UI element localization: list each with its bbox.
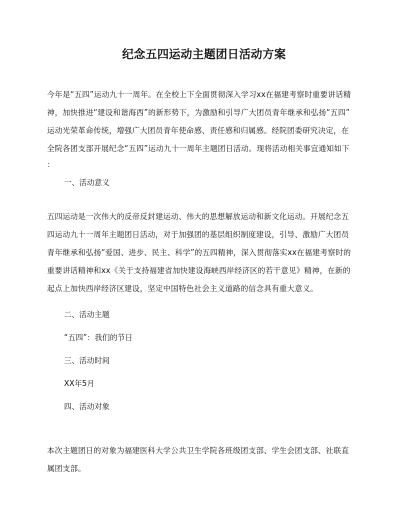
section-1-heading: 一、活动意义 — [64, 178, 110, 188]
intro-line-2: 神，加快推进“建设和谐海西”的新形势下，为激励和引导广大团员青年继承和弘扬“五四… — [47, 108, 377, 118]
section-4-line-1: 本次主题团日的对象为福建医科大学公共卫生学院各班级团支部、学生会团支部、社联直 — [47, 446, 377, 456]
intro-line-5: ： — [47, 160, 377, 170]
section-3-heading: 三、活动时间 — [64, 356, 110, 366]
section-1-line-5: 起点上加快西岸经济区建设，坚定中国特色社会主义道路的信念具有重大意义。 — [47, 284, 377, 294]
section-2-theme: “五四”：我们的节日 — [64, 333, 133, 343]
section-1-line-4: 重要讲话精神和xx《关于支持福建省加快建设海峡西岸经济区的若干意见》精神，在新的 — [47, 266, 377, 276]
intro-line-4: 全院各团支部开展纪念“五四”运动九十一周年主题团日活动。现将活动相关事宜通知如下 — [47, 144, 377, 154]
section-1-line-3: 青年继承和弘扬“爱国、进步、民主、科学”的五四精神，深入贯彻落实xx在福建考察时… — [47, 248, 377, 258]
document-page: 纪念五四运动主题团日活动方案 今年是“五四”运动九十一周年。在全校上下全面贯彻深… — [0, 0, 408, 528]
section-1-line-1: 五四运动是一次伟大的反帝反封建运动、伟大的思想解放运动和新文化运动。开展纪念五 — [47, 212, 377, 222]
intro-line-3: 运动光荣革命传统，增强广大团员青年使命感、责任感和归属感。经院团委研究决定，在 — [47, 126, 377, 136]
section-2-heading: 二、活动主题 — [64, 310, 110, 320]
section-3-date: XX年5月 — [64, 379, 94, 389]
section-4-line-2: 属团支部。 — [47, 464, 377, 474]
section-1-line-2: 四运动九十一周年主题团日活动，对于加强团的基层组织制度建设，引导、激励广大团员 — [47, 230, 377, 240]
document-title: 纪念五四运动主题团日活动方案 — [0, 46, 408, 62]
intro-line-1: 今年是“五四”运动九十一周年。在全校上下全面贯彻深入学习xx在福建考察时重要讲话… — [47, 90, 377, 100]
section-4-heading: 四、活动对象 — [64, 402, 110, 412]
